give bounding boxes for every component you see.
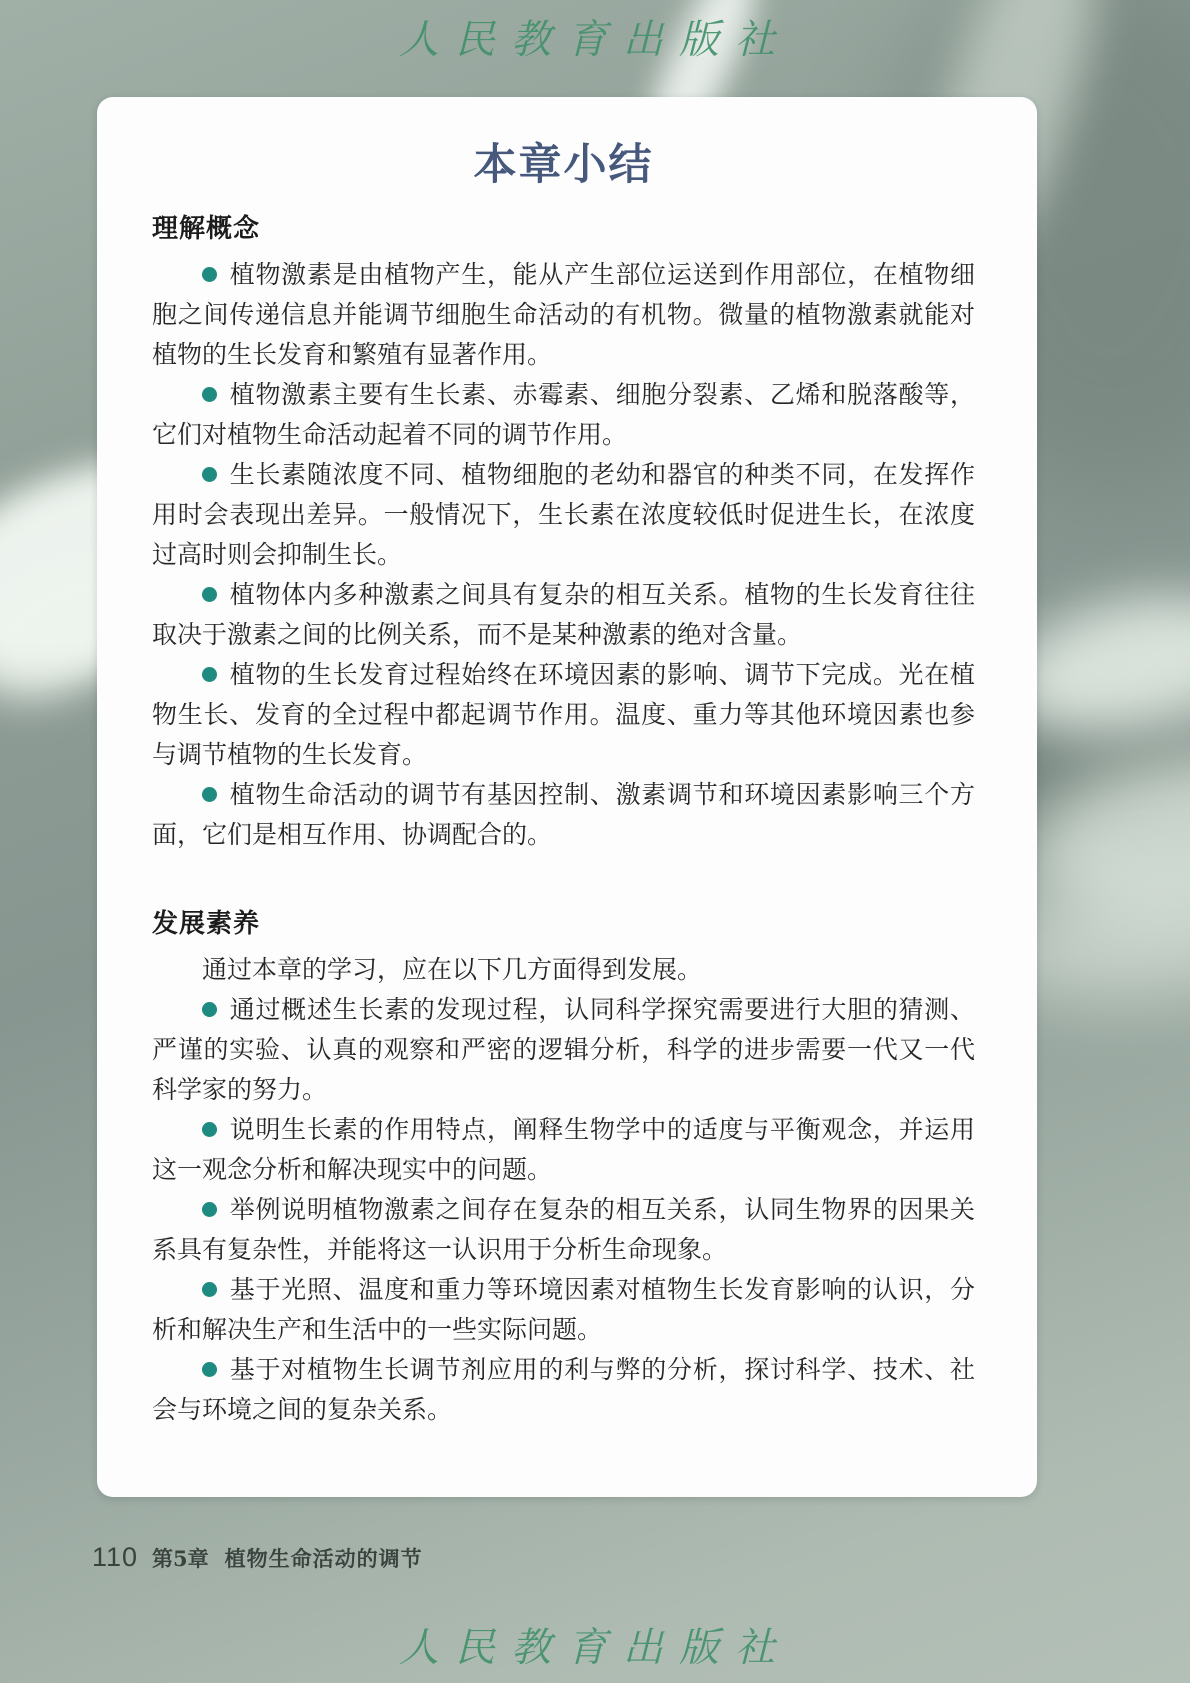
bullet-icon xyxy=(202,667,217,682)
summary-point: 生长素随浓度不同、植物细胞的老幼和器官的种类不同，在发挥作用时会表现出差异。一般… xyxy=(152,455,975,575)
summary-point-text: 植物的生长发育过程始终在环境因素的影响、调节下完成。光在植物生长、发育的全过程中… xyxy=(152,660,975,769)
bullet-icon xyxy=(202,1002,217,1017)
summary-point-text: 举例说明植物激素之间存在复杂的相互关系，认同生物界的因果关系具有复杂性，并能将这… xyxy=(152,1195,975,1264)
summary-point: 基于对植物生长调节剂应用的利与弊的分析，探讨科学、技术、社会与环境之间的复杂关系… xyxy=(152,1350,975,1430)
summary-point: 植物的生长发育过程始终在环境因素的影响、调节下完成。光在植物生长、发育的全过程中… xyxy=(152,655,975,775)
bullet-icon xyxy=(202,387,217,402)
bullet-icon xyxy=(202,1282,217,1297)
bullet-icon xyxy=(202,467,217,482)
section-intro: 通过本章的学习，应在以下几方面得到发展。 xyxy=(152,950,975,990)
summary-point: 基于光照、温度和重力等环境因素对植物生长发育影响的认识，分析和解决生产和生活中的… xyxy=(152,1270,975,1350)
summary-point-text: 植物体内多种激素之间具有复杂的相互关系。植物的生长发育往往取决于激素之间的比例关… xyxy=(152,580,975,649)
competency-section: 通过本章的学习，应在以下几方面得到发展。 通过概述生长素的发现过程，认同科学探究… xyxy=(152,950,975,1430)
concepts-section: 植物激素是由植物产生，能从产生部位运送到作用部位，在植物细胞之间传递信息并能调节… xyxy=(152,255,975,855)
summary-point-text: 植物生命活动的调节有基因控制、激素调节和环境因素影响三个方面，它们是相互作用、协… xyxy=(152,780,975,849)
summary-point: 植物激素是由植物产生，能从产生部位运送到作用部位，在植物细胞之间传递信息并能调节… xyxy=(152,255,975,375)
summary-point-text: 植物激素是由植物产生，能从产生部位运送到作用部位，在植物细胞之间传递信息并能调节… xyxy=(152,260,975,369)
chapter-label: 第5章 xyxy=(152,1543,209,1573)
bullet-icon xyxy=(202,587,217,602)
summary-point: 通过概述生长素的发现过程，认同科学探究需要进行大胆的猜测、严谨的实验、认真的观察… xyxy=(152,990,975,1110)
summary-point-text: 说明生长素的作用特点，阐释生物学中的适度与平衡观念，并运用这一观念分析和解决现实… xyxy=(152,1115,975,1184)
summary-point: 植物体内多种激素之间具有复杂的相互关系。植物的生长发育往往取决于激素之间的比例关… xyxy=(152,575,975,655)
bullet-icon xyxy=(202,1362,217,1377)
summary-point-text: 通过概述生长素的发现过程，认同科学探究需要进行大胆的猜测、严谨的实验、认真的观察… xyxy=(152,995,975,1104)
summary-point: 说明生长素的作用特点，阐释生物学中的适度与平衡观念，并运用这一观念分析和解决现实… xyxy=(152,1110,975,1190)
summary-point-text: 植物激素主要有生长素、赤霉素、细胞分裂素、乙烯和脱落酸等，它们对植物生命活动起着… xyxy=(152,380,975,449)
background-white-wisp-2 xyxy=(1020,741,1190,938)
section-heading-competency: 发展素养 xyxy=(152,903,975,940)
publisher-logo-bottom: 人民教育出版社 xyxy=(0,1616,1190,1673)
bullet-icon xyxy=(202,1202,217,1217)
page-number: 110 xyxy=(92,1542,138,1573)
summary-point-text: 生长素随浓度不同、植物细胞的老幼和器官的种类不同，在发挥作用时会表现出差异。一般… xyxy=(152,460,975,569)
summary-point: 举例说明植物激素之间存在复杂的相互关系，认同生物界的因果关系具有复杂性，并能将这… xyxy=(152,1190,975,1270)
summary-point: 植物生命活动的调节有基因控制、激素调节和环境因素影响三个方面，它们是相互作用、协… xyxy=(152,775,975,855)
summary-point-text: 基于光照、温度和重力等环境因素对植物生长发育影响的认识，分析和解决生产和生活中的… xyxy=(152,1275,975,1344)
bullet-icon xyxy=(202,267,217,282)
bullet-icon xyxy=(202,1122,217,1137)
summary-point: 植物激素主要有生长素、赤霉素、细胞分裂素、乙烯和脱落酸等，它们对植物生命活动起着… xyxy=(152,375,975,455)
chapter-summary-card: 本章小结 理解概念 植物激素是由植物产生，能从产生部位运送到作用部位，在植物细胞… xyxy=(97,97,1037,1497)
page-title: 本章小结 xyxy=(152,131,975,192)
section-heading-concepts: 理解概念 xyxy=(152,208,975,245)
page-footer: 110 第5章 植物生命活动的调节 xyxy=(92,1542,423,1573)
chapter-title: 植物生命活动的调节 xyxy=(225,1543,423,1573)
summary-point-text: 基于对植物生长调节剂应用的利与弊的分析，探讨科学、技术、社会与环境之间的复杂关系… xyxy=(152,1355,975,1424)
publisher-logo-top: 人民教育出版社 xyxy=(0,8,1190,65)
bullet-icon xyxy=(202,787,217,802)
